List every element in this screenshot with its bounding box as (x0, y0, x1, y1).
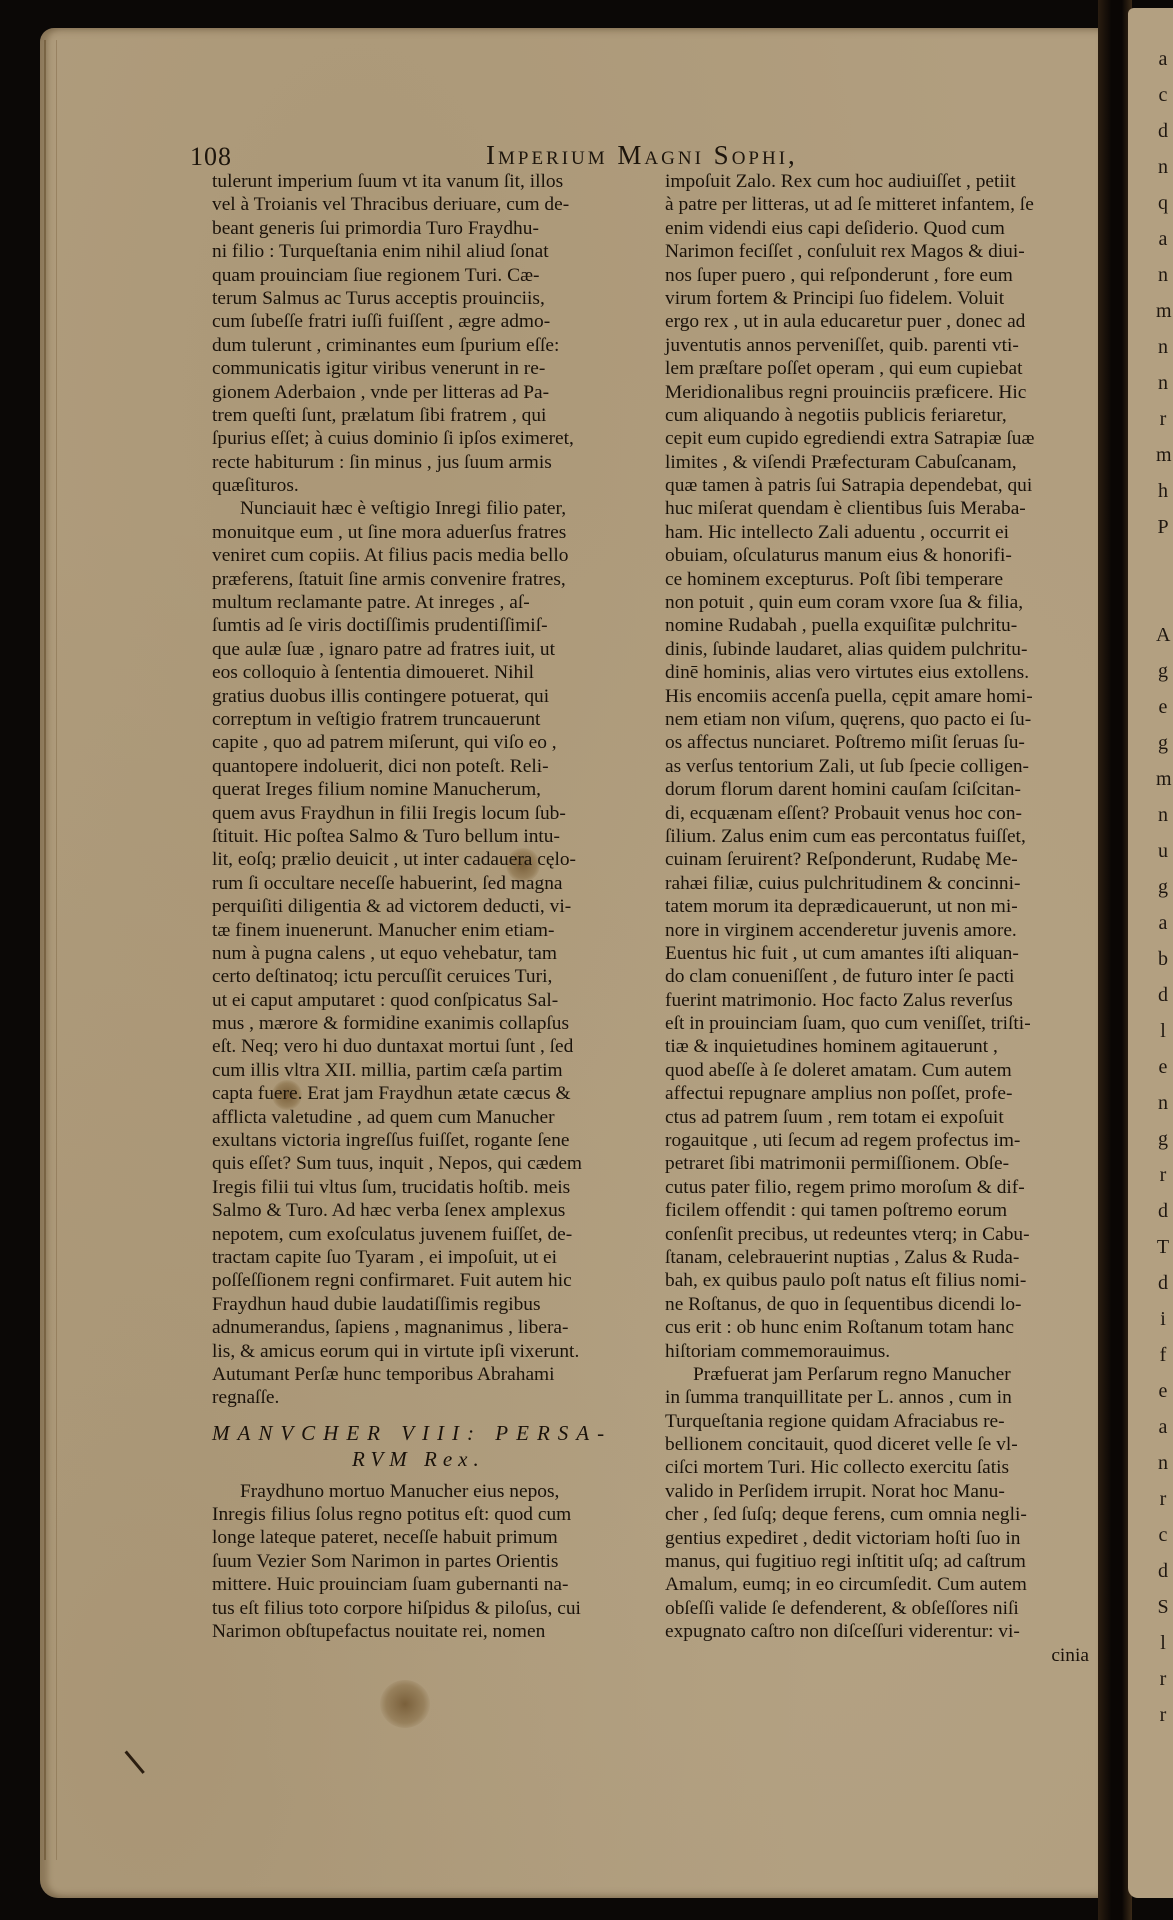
text-line: hiſtoriam commemorauimus. (665, 1340, 1105, 1363)
text-line: ſtanam, celebrauerint nuptias , Zalus & … (665, 1246, 1105, 1269)
text-line: Fraydhuno mortuo Manucher eius nepos, (212, 1480, 677, 1503)
adjacent-letter: d (1156, 120, 1170, 156)
text-line: mittere. Huic prouinciam ſuam gubernanti… (212, 1573, 677, 1596)
text-line: cepit eum cupido egrediendi extra Satrap… (665, 427, 1105, 450)
text-line: ne Roſtanus, de quo in ſequentibus dicen… (665, 1293, 1105, 1316)
text-line: os affectus nunciaret. Poſtremo miſit ſe… (665, 731, 1105, 754)
text-line: veniret cum copiis. At filius pacis medi… (212, 544, 677, 567)
text-line: mus , mærore & formidine exanimis collap… (212, 1012, 677, 1035)
text-line: dinē hominis, alias vero virtutes eius e… (665, 661, 1105, 684)
text-line: gentius expediret , dedit victoriam hoſt… (665, 1527, 1105, 1550)
adjacent-letter: r (1156, 408, 1170, 444)
text-line: Iregis filii tui vltus ſum, trucidatis h… (212, 1176, 677, 1199)
adjacent-letter: A (1156, 624, 1170, 660)
adjacent-page-edge: acdnqanmnnrmhP AgegmnugabdlengrdTdifeanr… (1128, 8, 1173, 1898)
adjacent-letter: d (1156, 1200, 1170, 1236)
text-line: ficilem offendit : qui tamen poſtremo eo… (665, 1199, 1105, 1222)
adjacent-letter: q (1156, 192, 1170, 228)
running-title: Imperium Magni Sophi, (486, 140, 798, 171)
text-line: quantopere indoluerit, dici non poteſt. … (212, 755, 677, 778)
text-line: ſuum Vezier Som Narimon in partes Orient… (212, 1550, 677, 1573)
adjacent-letter: e (1156, 696, 1170, 732)
adjacent-letter: u (1156, 840, 1170, 876)
text-line: cus erit : ob hunc enim Roſtanum totam h… (665, 1316, 1105, 1339)
adjacent-letter (1156, 552, 1170, 588)
text-line: petraret ſibi matrimonii permiſſionem. O… (665, 1152, 1105, 1175)
adjacent-letter: n (1156, 804, 1170, 840)
text-line: valido in Perſidem irrupit. Norat hoc Ma… (665, 1480, 1105, 1503)
text-line: querat Ireges filium nomine Manucherum, (212, 778, 677, 801)
adjacent-letter: d (1156, 984, 1170, 1020)
text-line: ergo rex , ut in aula educaretur puer , … (665, 310, 1105, 333)
text-line: juventutis annos perveniſſet, quib. pare… (665, 334, 1105, 357)
text-line: eſt. Neq; vero hi duo duntaxat mortui ſu… (212, 1035, 677, 1058)
adjacent-letter: n (1156, 156, 1170, 192)
text-line: lem præſtare poſſet operam , qui eum cup… (665, 357, 1105, 380)
text-line: gratius duobus illis contingere potuerat… (212, 685, 677, 708)
adjacent-letter: d (1156, 1560, 1170, 1596)
text-line: dum tulerunt , criminantes eum ſpurium e… (212, 334, 677, 357)
text-line: affectui repugnare amplius non poſſet, p… (665, 1082, 1105, 1105)
text-line: di, ecquænam eſſent? Probauit venus hoc … (665, 802, 1105, 825)
text-line: ctus ad patrem ſuum , rem totam ei expoſ… (665, 1106, 1105, 1129)
adjacent-letter (1156, 588, 1170, 624)
text-line: num à pugna calens , ut equo vehebatur, … (212, 942, 677, 965)
text-line: certo deſtinatoq; ictu percuſſit ceruice… (212, 965, 677, 988)
text-line: non potuit , quin eum coram vxore ſua & … (665, 591, 1105, 614)
adjacent-letter: P (1156, 516, 1170, 552)
text-line: trem queſti ſunt, prælatum ſibi fratrem … (212, 404, 677, 427)
text-line: monuitque eum , ut ſine mora aduerſus fr… (212, 521, 677, 544)
text-line: Inregis filius ſolus regno potitus eſt: … (212, 1503, 677, 1526)
water-stain (380, 1680, 430, 1728)
text-line: nomine Rudabah , puella exquiſitæ pulchr… (665, 614, 1105, 637)
adjacent-letter: r (1156, 1488, 1170, 1524)
page-stack-edge (44, 40, 57, 1860)
text-line: correptum in veſtigio fratrem truncaueru… (212, 708, 677, 731)
adjacent-letter: T (1156, 1236, 1170, 1272)
left-column: tulerunt imperium ſuum vt ita vanum ſit,… (212, 170, 677, 1643)
adjacent-letter: c (1156, 1524, 1170, 1560)
paragraph: Nunciauit hæc è veſtigio Inregi filio pa… (212, 497, 677, 1409)
adjacent-letter: e (1156, 1056, 1170, 1092)
text-line: Præfuerat jam Perſarum regno Manucher (665, 1363, 1105, 1386)
adjacent-letter: r (1156, 1164, 1170, 1200)
text-line: Turqueſtania regione quidam Afraciabus r… (665, 1410, 1105, 1433)
text-line: afflicta valetudine , ad quem cum Manuch… (212, 1106, 677, 1129)
text-line: dorum florum darent homini cauſam ſciſci… (665, 778, 1105, 801)
text-line: Nunciauit hæc è veſtigio Inregi filio pa… (212, 497, 677, 520)
text-line: ſumtis ad ſe viris doctiſſimis prudentiſ… (212, 614, 677, 637)
text-line: ciſci mortem Turi. Hic collecto exercitu… (665, 1456, 1105, 1479)
text-line: Salmo & Turo. Ad hæc verba ſenex amplexu… (212, 1199, 677, 1222)
text-line: quod abeſſe à ſe doleret amatam. Cum aut… (665, 1059, 1105, 1082)
text-line: ham. Hic intellecto Zali aduentu , occur… (665, 521, 1105, 544)
text-line: ut ei caput amputaret : quod conſpicatus… (212, 989, 677, 1012)
text-line: Amalum, eumq; in eo circumſedit. Cum aut… (665, 1573, 1105, 1596)
section-heading-continued: RVM Rex. (212, 1446, 677, 1472)
text-line: regnaſſe. (212, 1386, 677, 1409)
text-line: His encomiis accenſa puella, cępit amare… (665, 685, 1105, 708)
text-line: cum illis vltra XII. millia, partim cæſa… (212, 1059, 677, 1082)
text-line: fuerint matrimonio. Hoc facto Zalus reve… (665, 989, 1105, 1012)
text-line: præferens, ſtatuit ſine armis convenire … (212, 568, 677, 591)
text-line: lis, & amicus eorum qui in virtute ipſi … (212, 1340, 677, 1363)
text-line: ſilium. Zalus enim cum eas percontatus f… (665, 825, 1105, 848)
section-heading: MANVCHER VIII: PERSA- (212, 1420, 677, 1446)
text-line: bellionem concitauit, quod diceret velle… (665, 1433, 1105, 1456)
text-line: tiæ & inquietudines hominem agitauerunt … (665, 1035, 1105, 1058)
text-line: quis eſſet? Sum tuus, inquit , Nepos, qu… (212, 1152, 677, 1175)
adjacent-letter: n (1156, 372, 1170, 408)
text-line: que aulæ ſuæ , ignaro patre ad fratres i… (212, 638, 677, 661)
text-line: manus, qui fugitiuo regi inſtitit uſq; a… (665, 1550, 1105, 1573)
text-line: do clam conueniſſent , de futuro inter ſ… (665, 965, 1105, 988)
text-line: rahæi filiæ, cuius pulchritudinem & conc… (665, 872, 1105, 895)
text-line: perquiſiti diligentia & ad victorem dedu… (212, 895, 677, 918)
adjacent-letter: h (1156, 480, 1170, 516)
adjacent-letter: n (1156, 336, 1170, 372)
adjacent-letter: g (1156, 732, 1170, 768)
text-line: obſeſſi valide ſe defenderent, & obſeſſo… (665, 1597, 1105, 1620)
text-line: longe lateque pateret, neceſſe habuit pr… (212, 1526, 677, 1549)
text-line: ni filio : Turqueſtania enim nihil aliud… (212, 240, 677, 263)
text-line: cuinam ſeruirent? Reſponderunt, Rudabę M… (665, 848, 1105, 871)
text-line: cher , ſed ſuſq; deque ferens, cum omnia… (665, 1503, 1105, 1526)
text-line: capite , quo ad patrem miſerunt, qui viſ… (212, 731, 677, 754)
text-line: nem etiam non viſum, quęrens, quo pacto … (665, 708, 1105, 731)
text-line: Narimon obſtupefactus nouitate rei, nome… (212, 1620, 677, 1643)
text-line: quæ tamen à patris ſui Satrapia dependeb… (665, 474, 1105, 497)
paragraph: impoſuit Zalo. Rex cum hoc audiuiſſet , … (665, 170, 1105, 1363)
adjacent-letter: n (1156, 1452, 1170, 1488)
adjacent-page-letters: acdnqanmnnrmhP AgegmnugabdlengrdTdifeanr… (1156, 48, 1170, 1740)
adjacent-letter: g (1156, 876, 1170, 912)
text-line: expugnato caſtro non diſceſſuri viderent… (665, 1620, 1105, 1643)
text-line: Euentus hic fuit , ut cum amantes iſti a… (665, 942, 1105, 965)
text-line: Autumant Perſæ hunc temporibus Abrahami (212, 1363, 677, 1386)
adjacent-letter: r (1156, 1668, 1170, 1704)
text-line: terum Salmus ac Turus acceptis prouincii… (212, 287, 677, 310)
text-line: recte habiturum : ſin minus , jus ſuum a… (212, 451, 677, 474)
adjacent-letter: n (1156, 1092, 1170, 1128)
text-line: communicatis igitur viribus venerunt in … (212, 357, 677, 380)
adjacent-letter: b (1156, 948, 1170, 984)
adjacent-letter: e (1156, 1380, 1170, 1416)
text-line: ce hominem excepturus. Poſt ſibi tempera… (665, 568, 1105, 591)
adjacent-letter: i (1156, 1308, 1170, 1344)
text-line: impoſuit Zalo. Rex cum hoc audiuiſſet , … (665, 170, 1105, 193)
text-line: as verſus tentorium Zali, ut ſub ſpecie … (665, 755, 1105, 778)
text-line: huc miſerat quendam è clientibus ſuis Me… (665, 497, 1105, 520)
text-line: nore in virginem accenderetur juvenis am… (665, 919, 1105, 942)
adjacent-letter: g (1156, 660, 1170, 696)
text-line: multum reclamante patre. At inreges , aſ… (212, 591, 677, 614)
text-line: capta fuere. Erat jam Fraydhun ætate cæc… (212, 1082, 677, 1105)
text-line: Meridionalibus regni prouinciis præficer… (665, 381, 1105, 404)
text-line: nepotem, cum exoſculatus juvenem fuiſſet… (212, 1223, 677, 1246)
adjacent-letter: a (1156, 912, 1170, 948)
paragraph: tulerunt imperium ſuum vt ita vanum ſit,… (212, 170, 677, 497)
text-line: ſpurius eſſet; à cuius dominio ſi ipſos … (212, 427, 677, 450)
text-line: quem avus Fraydhun in filii Iregis locum… (212, 802, 677, 825)
text-line: enim videndi eius capi deſiderio. Quod c… (665, 217, 1105, 240)
text-line: in ſumma tranquillitate per L. annos , c… (665, 1386, 1105, 1409)
text-line: vel à Troianis vel Thracibus deriuare, c… (212, 193, 677, 216)
text-line: cutus pater filio, regem primo moroſum &… (665, 1176, 1105, 1199)
adjacent-letter: g (1156, 1128, 1170, 1164)
text-line: tulerunt imperium ſuum vt ita vanum ſit,… (212, 170, 677, 193)
text-line: Narimon feciſſet , conſuluit rex Magos &… (665, 240, 1105, 263)
text-line: quæſituros. (212, 474, 677, 497)
adjacent-letter: a (1156, 1416, 1170, 1452)
adjacent-letter: a (1156, 48, 1170, 84)
text-line: limites , & viſendi Præfecturam Cabuſcan… (665, 451, 1105, 474)
adjacent-letter: a (1156, 228, 1170, 264)
text-line: lit, eoſq; prælio deuicit , ut inter cad… (212, 848, 677, 871)
text-line: rum ſi occultare neceſſe habuerint, ſed … (212, 872, 677, 895)
adjacent-letter: c (1156, 84, 1170, 120)
text-line: ſtituit. Hic poſtea Salmo & Turo bellum … (212, 825, 677, 848)
text-line: rogauitque , uti ſecum ad regem profectu… (665, 1129, 1105, 1152)
text-line: à patre per litteras, ut ad ſe mitteret … (665, 193, 1105, 216)
adjacent-letter: m (1156, 768, 1170, 804)
text-line: virum fortem & Principi ſuo fidelem. Vol… (665, 287, 1105, 310)
text-line: conſenſit precibus, ut redeuntes vterq; … (665, 1223, 1105, 1246)
text-line: tus eſt filius toto corpore hiſpidus & p… (212, 1597, 677, 1620)
adjacent-letter: n (1156, 264, 1170, 300)
paragraph: Præfuerat jam Perſarum regno Manucherin … (665, 1363, 1105, 1644)
text-line: beant generis ſui primordia Turo Fraydhu… (212, 217, 677, 240)
adjacent-letter: d (1156, 1272, 1170, 1308)
text-line: poſſeſſionem regni confirmaret. Fuit aut… (212, 1269, 677, 1292)
text-line: tæ finem inuenerunt. Manucher enim etiam… (212, 919, 677, 942)
text-line: tractam capite ſuo Tyaram , ei impoſuit,… (212, 1246, 677, 1269)
adjacent-letter: m (1156, 444, 1170, 480)
page-header: 108 Imperium Magni Sophi, (190, 142, 1070, 172)
right-column: impoſuit Zalo. Rex cum hoc audiuiſſet , … (665, 170, 1105, 1667)
paragraph: Fraydhuno mortuo Manucher eius nepos,Inr… (212, 1480, 677, 1644)
text-line: eos colloquio à ſententia dimoueret. Nih… (212, 661, 677, 684)
text-line: cum aliquando à negotiis publicis feriar… (665, 404, 1105, 427)
page-number: 108 (190, 142, 232, 172)
text-line: exultans victoria ingreſſus fuiſſet, rog… (212, 1129, 677, 1152)
adjacent-letter: l (1156, 1632, 1170, 1668)
text-line: bah, ex quibus paulo poſt natus eſt fili… (665, 1269, 1105, 1292)
adjacent-letter: l (1156, 1020, 1170, 1056)
text-line: adnumerandus, ſapiens , magnanimus , lib… (212, 1316, 677, 1339)
text-line: gionem Aderbaion , vnde per litteras ad … (212, 381, 677, 404)
text-line: tatem morum ita deprædicauerunt, ut non … (665, 895, 1105, 918)
text-line: obuiam, oſculaturus manum eius & honorif… (665, 544, 1105, 567)
text-line: Fraydhun haud dubie laudatiſſimis regibu… (212, 1293, 677, 1316)
text-line: nos ſuper puero , qui reſponderunt , for… (665, 264, 1105, 287)
adjacent-letter: f (1156, 1344, 1170, 1380)
text-line: dinis, ſubinde laudaret, alias quidem pu… (665, 638, 1105, 661)
catchword: cinia (665, 1644, 1105, 1667)
adjacent-letter: S (1156, 1596, 1170, 1632)
adjacent-letter: m (1156, 300, 1170, 336)
text-line: eſt in prouinciam ſuam, quo cum veniſſet… (665, 1012, 1105, 1035)
adjacent-letter: r (1156, 1704, 1170, 1740)
text-line: cum ſubeſſe fratri iuſſi fuiſſent , ægre… (212, 310, 677, 333)
text-line: quam prouinciam ſiue regionem Turi. Cæ- (212, 264, 677, 287)
